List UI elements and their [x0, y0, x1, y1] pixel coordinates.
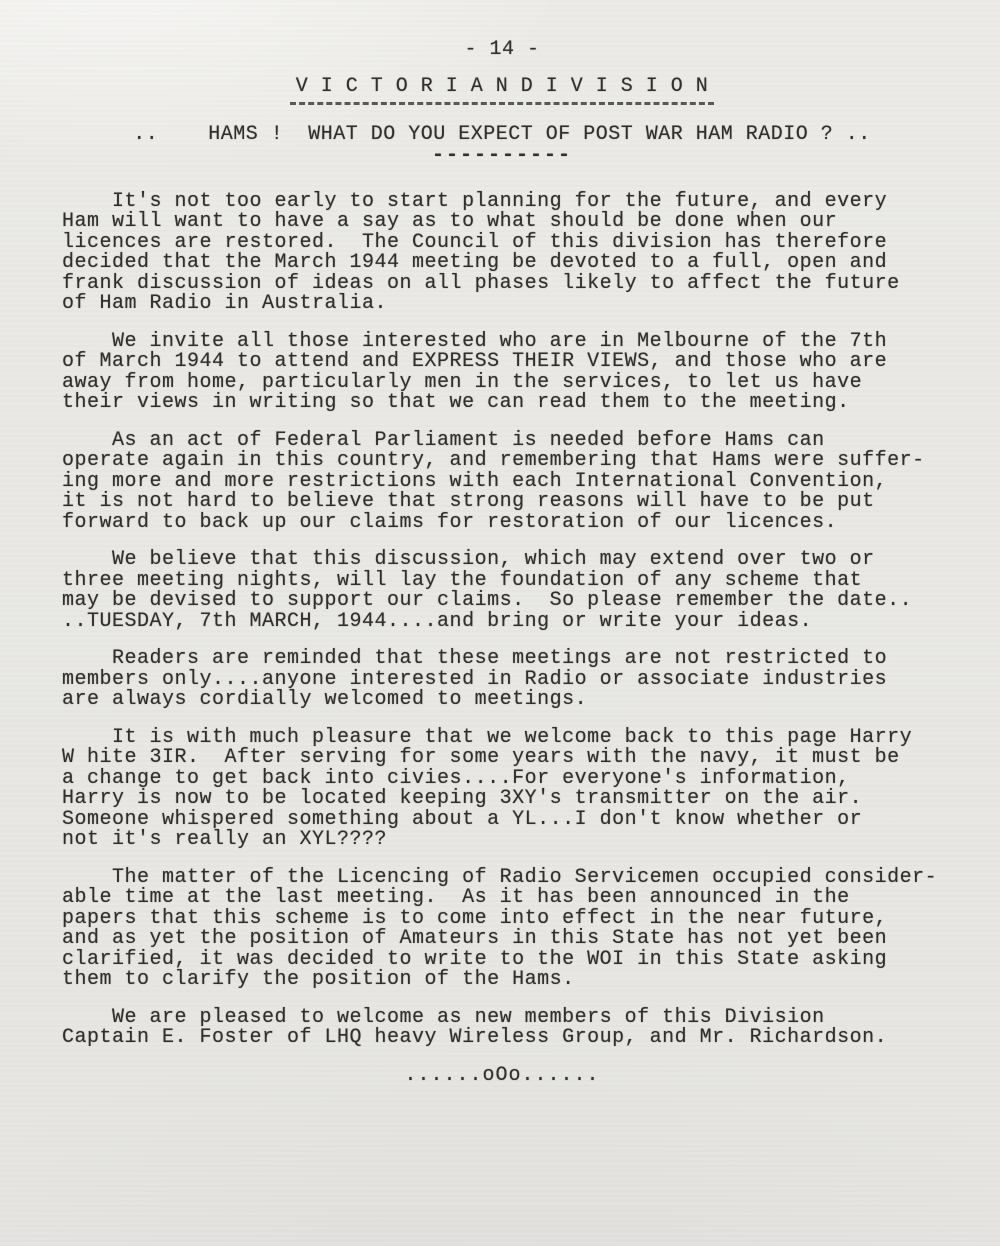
- end-ornament: ......oOo......: [62, 1066, 942, 1087]
- paragraph-intro: It's not too early to start planning for…: [62, 192, 942, 315]
- dashed-rule: ----------: [62, 148, 942, 164]
- paragraph-new-members: We are pleased to welcome as new members…: [62, 1008, 942, 1049]
- paragraph-readers-reminder: Readers are reminded that these meetings…: [62, 649, 942, 711]
- paragraph-licencing: The matter of the Licencing of Radio Ser…: [62, 868, 942, 991]
- paragraph-invitation: We invite all those interested who are i…: [62, 332, 942, 414]
- article-body: It's not too early to start planning for…: [62, 192, 942, 1049]
- paragraph-parliament: As an act of Federal Parliament is neede…: [62, 431, 942, 534]
- paragraph-harry-white: It is with much pleasure that we welcome…: [62, 728, 942, 851]
- article-heading: .. HAMS ! WHAT DO YOU EXPECT OF POST WAR…: [62, 125, 942, 146]
- page-number: - 14 -: [62, 40, 942, 61]
- section-title-wrap: V I C T O R I A N D I V I S I O N: [62, 77, 942, 106]
- page-header: - 14 - V I C T O R I A N D I V I S I O N…: [62, 40, 942, 164]
- scanned-document-page: - 14 - V I C T O R I A N D I V I S I O N…: [0, 0, 1000, 1246]
- section-title: V I C T O R I A N D I V I S I O N: [290, 77, 715, 106]
- paragraph-meeting-date: We believe that this discussion, which m…: [62, 550, 942, 632]
- page-content: - 14 - V I C T O R I A N D I V I S I O N…: [0, 0, 1000, 1086]
